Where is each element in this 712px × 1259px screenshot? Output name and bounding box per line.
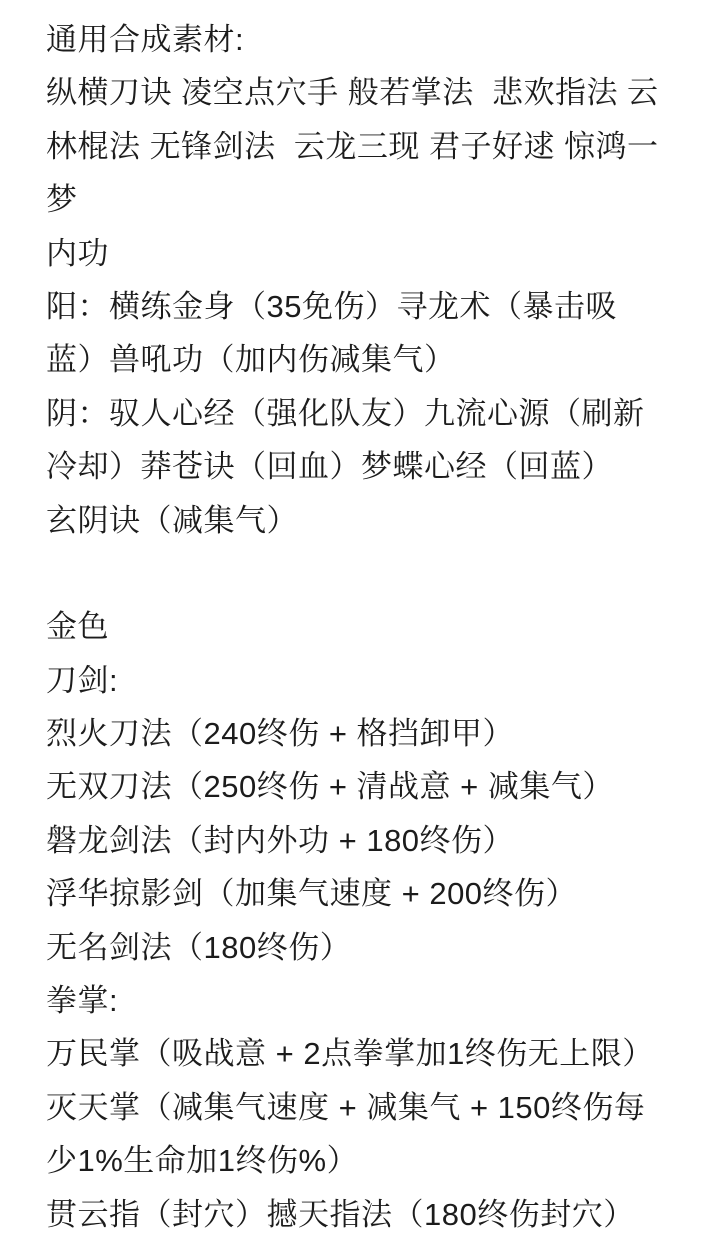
text-line-finger-1: 贯云指（封穴）撼天指法（180终伤封穴） — [46, 1188, 674, 1241]
text-line-palm-2: 灭天掌（减集气速度 + 减集气 + 150终伤每 — [46, 1081, 674, 1134]
text-line-yang-2: 蓝）兽吼功（加内伤减集气） — [46, 333, 674, 386]
text-line-blade-2: 无双刀法（250终伤 + 清战意 + 减集气） — [46, 760, 674, 813]
text-line-generic-materials-2: 林棍法 无锋剑法 云龙三现 君子好逑 惊鸿一 — [46, 120, 674, 173]
text-line-generic-header: 通用合成素材: — [46, 13, 674, 66]
text-line-generic-materials-1: 纵横刀诀 凌空点穴手 般若掌法 悲欢指法 云 — [46, 66, 674, 119]
text-line-sword-2: 浮华掠影剑（加集气速度 + 200终伤） — [46, 867, 674, 920]
text-line-fist-palm-header: 拳掌: — [46, 974, 674, 1027]
text-line-palm-3: 少1%生命加1终伤%） — [46, 1134, 674, 1187]
text-line-yin-1: 阴：驭人心经（强化队友）九流心源（刷新 — [46, 387, 674, 440]
blank-line — [46, 547, 674, 600]
text-line-gold-header: 金色 — [46, 600, 674, 653]
text-line-palm-1: 万民掌（吸战意 + 2点拳掌加1终伤无上限） — [46, 1027, 674, 1080]
text-line-generic-materials-3: 梦 — [46, 173, 674, 226]
text-line-sword-1: 磐龙剑法（封内外功 + 180终伤） — [46, 814, 674, 867]
text-line-yin-3: 玄阴诀（减集气） — [46, 494, 674, 547]
notes-document: 通用合成素材: 纵横刀诀 凌空点穴手 般若掌法 悲欢指法 云 林棍法 无锋剑法 … — [0, 0, 712, 1259]
text-line-blade-sword-header: 刀剑: — [46, 654, 674, 707]
text-line-blade-1: 烈火刀法（240终伤 + 格挡卸甲） — [46, 707, 674, 760]
text-line-yin-2: 冷却）莽苍诀（回血）梦蝶心经（回蓝） — [46, 440, 674, 493]
text-line-sword-3: 无名剑法（180终伤） — [46, 921, 674, 974]
text-line-neigong-header: 内功 — [46, 227, 674, 280]
text-line-yang-1: 阳：横练金身（35免伤）寻龙术（暴击吸 — [46, 280, 674, 333]
